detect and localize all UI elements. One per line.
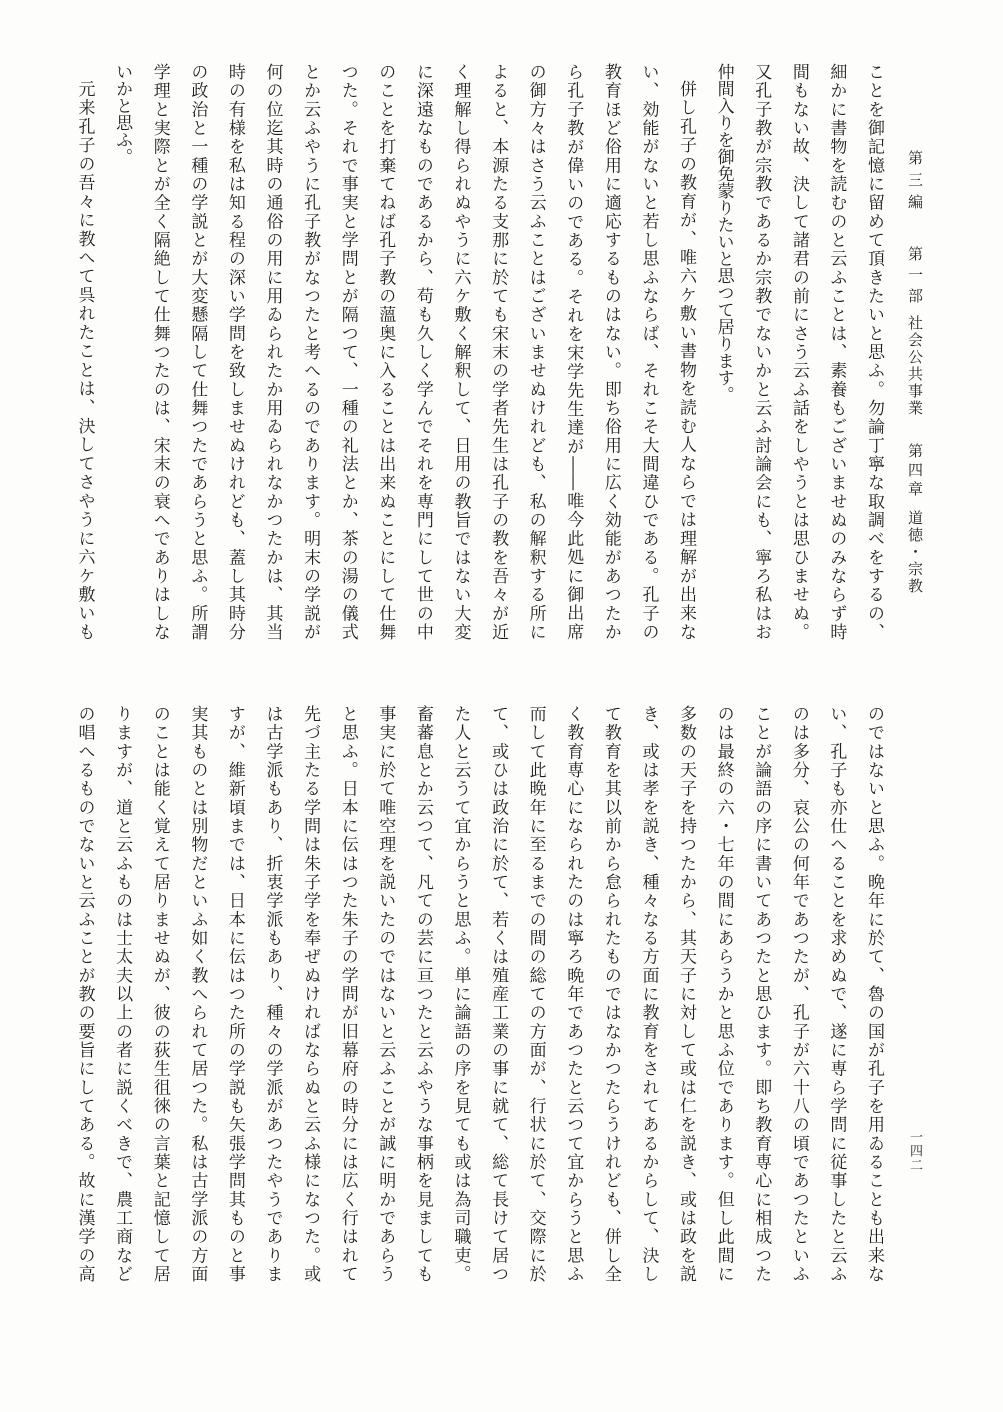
text-column: い、効能がないと若し思ふならば、それこそ大間違ひである。孔子の <box>629 63 667 640</box>
text-column-paragraph-start: 併し孔子の教育が、唯六ケ敷い書物を読む人ならでは理解が出来な <box>666 63 704 640</box>
text-column: 先づ主たる学問は朱子学を奉ぜぬければならぬと云ふ様になつた。或 <box>291 705 329 1282</box>
text-column: 多数の天子を持つたから、其天子に対して或は仁を説き、或は政を説 <box>666 705 704 1282</box>
header-chapter-title: 道徳・宗教 <box>905 510 925 595</box>
text-column: 教育ほど俗用に適応するものはない。即ち俗用に広く効能があつたか <box>591 63 629 640</box>
text-column-paragraph-end: いかと思ふ。 <box>103 63 141 640</box>
text-column: 細かに書物を読むのと云ふことは、素養もございませぬのみならず時 <box>817 63 855 640</box>
book-page: 第三編 第一部 社会公共事業 第四章 道徳・宗教 一四二 ことを御記憶に留めて頂… <box>0 0 1003 1412</box>
text-column: のことは能く覚えて居りませぬが、彼の荻生徂徠の言葉と記憶して居 <box>140 705 178 1282</box>
text-column: 時の有様を私は知る程の深い学問を致しませぬけれども、蓋し其時分 <box>215 63 253 640</box>
running-header: 第三編 第一部 社会公共事業 第四章 道徳・宗教 <box>905 150 925 595</box>
header-section-title: 社会公共事業 <box>905 315 925 417</box>
text-column: とか云ふやうに孔子教がなつたと考へるのであります。明末の学説が <box>291 63 329 640</box>
text-column: く教育専心になられたのは寧ろ晩年であつたと云つて宜からうと思ふ <box>554 705 592 1282</box>
text-column: ら孔子教が偉いのである。それを宋学先生達が――唯今此処に御出席 <box>554 63 592 640</box>
text-column-paragraph-end: 仲間入りを御免蒙りたいと思つて居ります。 <box>704 63 742 640</box>
text-column: つた。それで事実と学問とが隔つて、一種の礼法とか、茶の湯の儀式 <box>328 63 366 640</box>
text-column: 学理と実際とが全く隔絶して仕舞つたのは、宋末の衰へでありはしな <box>140 63 178 640</box>
header-section: 第一部 <box>905 246 925 309</box>
text-column: て、或ひは政治に於て、若くは殖産工業の事に就て、総て長けて居つ <box>478 705 516 1282</box>
text-column: りますが、道と云ふものは士太夫以上の者に説くべきで、農工商など <box>103 705 141 1282</box>
text-column: 何の位迄其時の通俗の用に用ゐられたか用ゐられなかつたかは、其当 <box>253 63 291 640</box>
text-column: ことを御記憶に留めて頂きたいと思ふ。勿論丁寧な取調べをするの、 <box>854 63 892 640</box>
upper-text-block: ことを御記憶に留めて頂きたいと思ふ。勿論丁寧な取調べをするの、 細かに書物を読む… <box>64 63 892 640</box>
text-column: のは最終の六・七年の間にあらうかと思ふ位であります。但し此間に <box>704 705 742 1282</box>
text-column: ことが論語の序に書いてあつたと思ひます。即ち教育専心に相成つた <box>742 705 780 1282</box>
text-column: の政治と一種の学説とが大変懸隔して仕舞つたであらうと思ふ。所謂 <box>178 63 216 640</box>
header-chapter: 第四章 <box>905 443 925 500</box>
text-column: よると、本源たる支那に於ても宋末の学者先生は孔子の教を吾々が近 <box>478 63 516 640</box>
text-column: 事実に於て唯空理を説いたのではないと云ふことが誠に明かであらう <box>366 705 404 1282</box>
text-column: く理解し得られぬやうに六ケ敷く解釈して、日用の教旨ではない大変 <box>441 63 479 640</box>
text-column: と思ふ。日本に伝はつた朱子の学問が旧幕府の時分には広く行はれて <box>328 705 366 1282</box>
text-column: て教育を其以前から怠られたものではなかつたらうけれども、併し全 <box>591 705 629 1282</box>
text-column: のことを打棄てねば孔子教の薀奥に入ることは出来ぬことにして仕舞 <box>366 63 404 640</box>
text-column: に深遠なものであるから、苟も久しく学んでそれを専門にして世の中 <box>403 63 441 640</box>
page-number: 一四二 <box>906 1130 922 1172</box>
text-column: い、孔子も亦仕へることを求めぬで、遂に専ら学問に従事したと云ふ <box>817 705 855 1282</box>
lower-text-block: のではないと思ふ。晩年に於て、魯の国が孔子を用ゐることも出来な い、孔子も亦仕へ… <box>64 705 892 1282</box>
text-column: き、或は孝を説き、種々なる方面に教育をされてあるからして、決し <box>629 705 667 1282</box>
text-column: 間もない故、決して諸君の前にさう云ふ話をしやうとは思ひませぬ。 <box>779 63 817 640</box>
text-column: は古学派もあり、折衷学派もあり、種々の学派があつたやうでありま <box>253 705 291 1282</box>
text-column-paragraph-start: 元来孔子の吾々に教へて呉れたことは、決してさやうに六ケ敷いも <box>65 63 103 640</box>
text-column: た人と云うて宜からうと思ふ。単に論語の序を見ても或は為司職吏。 <box>441 705 479 1282</box>
text-column: の唱へるものでないと云ふことが教の要旨にしてある。故に漢学の高 <box>65 705 103 1282</box>
text-column: のではないと思ふ。晩年に於て、魯の国が孔子を用ゐることも出来な <box>854 705 892 1282</box>
text-column: 畜蕃息とか云つて、凡ての芸に亘つたと云ふやうな事柄を見ましても <box>403 705 441 1282</box>
text-column: のは多分、哀公の何年であつたが、孔子が六十八の頃であつたといふ <box>779 705 817 1282</box>
text-column: すが、維新頃までは、日本に伝はつた所の学説も矢張学問其ものと事 <box>215 705 253 1282</box>
header-part: 第三編 <box>905 150 925 216</box>
text-column: 又孔子教が宗教であるか宗教でないかと云ふ討論会にも、寧ろ私はお <box>742 63 780 640</box>
text-column: の御方々はさう云ふことはございませぬけれども、私の解釈する所に <box>516 63 554 640</box>
text-column: 而して此晩年に至るまでの間の総ての方面が、行状に於て、交際に於 <box>516 705 554 1282</box>
text-column: 実其ものとは別物だといふ如く教へられて居つた。私は古学派の方面 <box>178 705 216 1282</box>
